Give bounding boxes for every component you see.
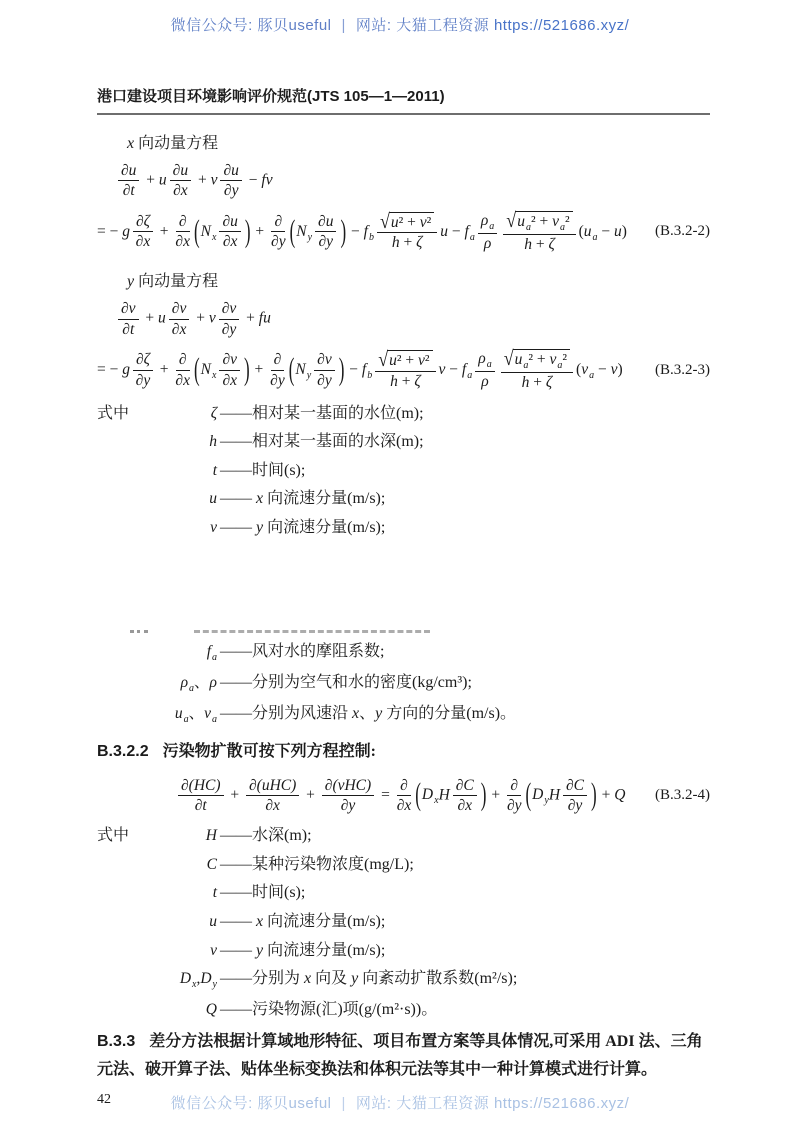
definition-symbol: H xyxy=(143,827,217,846)
definition-row: u —— x 向流速分量(m/s); xyxy=(97,912,710,932)
definition-symbol: h xyxy=(143,433,217,452)
watermark-site-label: 网站: 大猫工程资源 xyxy=(356,17,489,34)
eq-dispersion: ∂(HC)∂t + ∂(uHC)∂x + ∂(vHC)∂y = ∂∂x(DxH∂… xyxy=(175,777,625,815)
definition-description: —— y 向流速分量(m/s); xyxy=(220,518,385,537)
watermark-wechat-label: 微信公众号: 豚贝useful xyxy=(171,1095,332,1112)
scanned-document-page: { "colors": { "wm_header": "#5f7fc6", "w… xyxy=(0,0,800,1142)
definition-row: h ——相对某一基面的水深(m); xyxy=(97,432,710,452)
eq-y-momentum-lhs: ∂v∂t + u∂v∂x + v∂v∂y + fu xyxy=(115,300,710,338)
definition-description: —— x 向流速分量(m/s); xyxy=(220,912,385,931)
definition-symbol: v xyxy=(143,942,217,961)
definition-description: ——风对水的摩阻系数; xyxy=(220,642,384,661)
definition-description: ——某种污染物浓度(mg/L); xyxy=(220,855,414,874)
clause-text-line2: 元法、破开算子法、贴体坐标变换法和体积元法等其中一种计算模式进行计算。 xyxy=(97,1056,710,1084)
document-content: 港口建设项目环境影响评价规范(JTS 105—1—2011) x 向动量方程 ∂… xyxy=(0,85,800,1108)
definition-row: C ——某种污染物浓度(mg/L); xyxy=(97,855,710,875)
definition-description: ——时间(s); xyxy=(220,883,305,902)
definition-row: fa ——风对水的摩阻系数; xyxy=(97,642,710,664)
definition-symbol: ζ xyxy=(143,405,217,424)
definition-description: ——时间(s); xyxy=(220,461,305,480)
definition-symbol: fa xyxy=(143,643,217,664)
watermark-footer: 微信公众号: 豚贝useful|网站: 大猫工程资源 https://52168… xyxy=(0,1092,800,1113)
eq-x-momentum-rhs: = − g∂ζ∂x + ∂∂x(Nx∂u∂x) + ∂∂y(Ny∂u∂y) − … xyxy=(97,211,627,254)
definition-symbol: Q xyxy=(143,1001,217,1020)
definition-description: ——水深(m); xyxy=(220,826,312,845)
cut-fragment xyxy=(130,625,148,633)
definitions-list-mid: fa ——风对水的摩阻系数; ρa、ρ ——分别为空气和水的密度(kg/cm³)… xyxy=(97,642,710,726)
clause-text: 污染物扩散可按下列方程控制: xyxy=(163,743,376,760)
watermark-wechat-label: 微信公众号: 豚贝useful xyxy=(171,17,332,34)
watermark-separator: | xyxy=(332,1095,356,1112)
eq-number-b322: (B.3.2-2) xyxy=(655,223,710,240)
eq-x-momentum-row: = − g∂ζ∂x + ∂∂x(Nx∂u∂x) + ∂∂y(Ny∂u∂y) − … xyxy=(97,211,710,254)
definitions-list-2: 式中 H ——水深(m); C ——某种污染物浓度(mg/L); t ——时间(… xyxy=(97,826,710,1020)
definition-description: —— y 向流速分量(m/s); xyxy=(220,941,385,960)
definition-row: 式中 H ——水深(m); xyxy=(97,826,710,846)
definition-row: Dx , Dy ——分别为 x 向及 y 向紊动扩散系数(m²/s); xyxy=(97,969,710,991)
definition-row: u —— x 向流速分量(m/s); xyxy=(97,489,710,509)
document-title: 港口建设项目环境影响评价规范(JTS 105—1—2011) xyxy=(97,85,710,106)
watermark-url-link[interactable]: https://521686.xyz/ xyxy=(494,1095,629,1112)
watermark-separator: | xyxy=(332,17,356,34)
clause-number: B.3.3 xyxy=(97,1033,135,1050)
cut-text-artifact xyxy=(130,624,710,633)
watermark-url-link[interactable]: https://521686.xyz/ xyxy=(494,17,629,34)
eq-number-b323: (B.3.2-3) xyxy=(655,362,710,379)
definition-row: Q ——污染物源(汇)项(g/(m²·s))。 xyxy=(97,1000,710,1020)
definition-row: ρa、ρ ——分别为空气和水的密度(kg/cm³); xyxy=(97,673,710,695)
definition-description: ——分别为风速沿 x、y 方向的分量(m/s)。 xyxy=(220,704,516,723)
clause-text-line1: 差分方法根据计算域地形特征、项目布置方案等具体情况,可采用 ADI 法、三角 xyxy=(149,1033,702,1050)
definition-description: ——污染物源(汇)项(g/(m²·s))。 xyxy=(220,1000,437,1019)
definitions-list-1: 式中 ζ ——相对某一基面的水位(m); h ——相对某一基面的水深(m); t… xyxy=(97,404,710,538)
definition-symbol: ua、va xyxy=(143,705,217,726)
definition-symbol: u xyxy=(143,913,217,932)
definition-symbol: t xyxy=(143,462,217,481)
eq-y-momentum-label: y 向动量方程 xyxy=(127,268,710,291)
definition-row: v —— y 向流速分量(m/s); xyxy=(97,518,710,538)
definition-description: —— x 向流速分量(m/s); xyxy=(220,489,385,508)
header-rule xyxy=(97,113,710,115)
clause-b322: B.3.2.2污染物扩散可按下列方程控制: xyxy=(97,738,710,766)
definition-row: ua、va ——分别为风速沿 x、y 方向的分量(m/s)。 xyxy=(97,704,710,726)
eq-dispersion-row: ∂(HC)∂t + ∂(uHC)∂x + ∂(vHC)∂y = ∂∂x(DxH∂… xyxy=(97,777,710,815)
watermark-header: 微信公众号: 豚贝useful|网站: 大猫工程资源 https://52168… xyxy=(0,14,800,35)
definition-symbol: t xyxy=(143,884,217,903)
definition-row: t ——时间(s); xyxy=(97,883,710,903)
definition-description: ——分别为空气和水的密度(kg/cm³); xyxy=(220,673,472,692)
definition-symbol: C xyxy=(143,856,217,875)
clause-number: B.3.2.2 xyxy=(97,743,149,760)
definition-symbol: v xyxy=(143,519,217,538)
definition-symbol: ρa、ρ xyxy=(143,674,217,695)
definition-row: 式中 ζ ——相对某一基面的水位(m); xyxy=(97,404,710,424)
watermark-site-label: 网站: 大猫工程资源 xyxy=(356,1095,489,1112)
definition-symbol: Dx , Dy xyxy=(143,970,217,991)
formula-where-label: 式中 xyxy=(97,826,143,845)
definition-description: ——相对某一基面的水深(m); xyxy=(220,432,424,451)
formula-where-label: 式中 xyxy=(97,404,143,423)
eq-y-momentum-row: = − g∂ζ∂y + ∂∂x(Nx∂v∂x) + ∂∂y(Ny∂v∂y) − … xyxy=(97,349,710,392)
eq-y-momentum-rhs: = − g∂ζ∂y + ∂∂x(Nx∂v∂x) + ∂∂y(Ny∂v∂y) − … xyxy=(97,349,623,392)
definition-description: ——分别为 x 向及 y 向紊动扩散系数(m²/s); xyxy=(220,969,517,988)
eq-number-b324: (B.3.2-4) xyxy=(655,787,710,804)
definition-row: v —— y 向流速分量(m/s); xyxy=(97,941,710,961)
definition-symbol: u xyxy=(143,490,217,509)
eq-x-momentum-label: x 向动量方程 xyxy=(127,130,710,153)
definition-row: t ——时间(s); xyxy=(97,461,710,481)
eq-x-momentum-lhs: ∂u∂t + u∂u∂x + v∂u∂y − fv xyxy=(115,162,710,200)
cut-fragment xyxy=(194,625,430,633)
definition-description: ——相对某一基面的水位(m); xyxy=(220,404,424,423)
clause-b33: B.3.3差分方法根据计算域地形特征、项目布置方案等具体情况,可采用 ADI 法… xyxy=(97,1028,710,1056)
